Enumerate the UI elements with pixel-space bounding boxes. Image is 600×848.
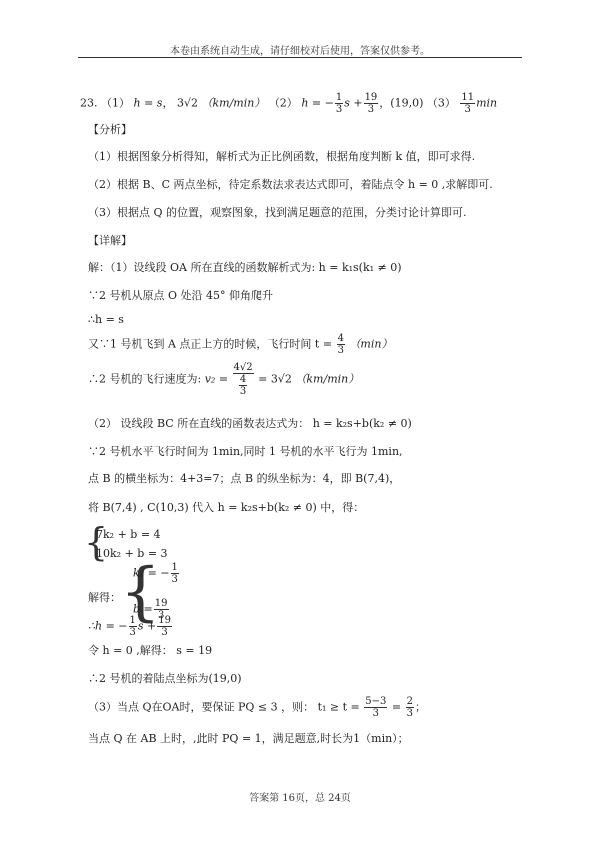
- detail-line-1: 解：（1）设线段 OA 所在直线的函数解析式为: h = k₁s(k₁ ≠ 0): [88, 262, 402, 273]
- solve-label: 解得：: [88, 592, 121, 603]
- solution-k2: k₂ = −13: [133, 562, 180, 585]
- detail-line-5: ∴2 号机的飞行速度为: v₂ = 4√243 = 3√2 （km/min）: [88, 362, 359, 397]
- detail-line-9: 将 B(7,4) , C(10,3) 代入 h = k₂s+b(k₂ ≠ 0) …: [88, 502, 364, 513]
- header-divider: [78, 57, 522, 58]
- detail-line-6: （2） 设线段 BC 所在直线的函数表达式为： h = k₂s+b(k₂ ≠ 0…: [88, 418, 412, 429]
- page-footer: 答案第 16页，总 24页: [0, 789, 600, 804]
- page-header-notice: 本卷由系统自动生成，请仔细校对后使用，答案仅供参考。: [0, 42, 600, 57]
- detail-line-7: ∵2 号机水平飞行时间为 1min,同时 1 号机的水平飞行为 1min,: [88, 446, 403, 457]
- detail-line-8: 点 B 的横坐标为：4+3=7；点 B 的纵坐标为：4，即 B(7,4)，: [88, 473, 400, 484]
- detail-line-13: （3）当点 Q在OA时，要保证 PQ ≤ 3 ，则： t₁ ≥ t = 5−33…: [88, 696, 426, 719]
- analysis-item-1: （1）根据图象分析得知，解析式为正比例函数，根据角度判断 k 值，即可求得.: [88, 151, 475, 162]
- question-number: 23.: [80, 97, 98, 110]
- answer-summary: 23. （1） h = s， 3√2 （km/min） （2） h = −13s…: [80, 92, 497, 115]
- detail-line-2: ∵2 号机从原点 O 处沿 45° 仰角爬升: [88, 290, 273, 301]
- system-eq-1: 7k₂ + b = 4: [96, 529, 161, 540]
- detail-line-14: 当点 Q 在 AB 上时，,此时 PQ = 1，满足题意,时长为1（min）；: [88, 733, 409, 744]
- detail-line-10: ∴h = −13s +193: [88, 615, 173, 638]
- detail-heading: 【详解】: [88, 235, 132, 246]
- detail-line-4: 又∵1 号机飞到 A 点正上方的时候，飞行时间 t = 43 （min）: [88, 333, 392, 356]
- analysis-item-2: （2）根据 B、C 两点坐标，待定系数法求表达式即可，着陆点令 h = 0 ,求…: [88, 179, 493, 190]
- analysis-item-3: （3）根据点 Q 的位置，观察图象，找到满足题意的范围，分类讨论计算即可.: [88, 207, 467, 218]
- analysis-heading: 【分析】: [88, 124, 132, 135]
- detail-line-12: ∴2 号机的着陆点坐标为(19,0): [88, 673, 242, 684]
- detail-line-11: 令 h = 0 ,解得： s = 19: [88, 645, 212, 656]
- detail-line-3: ∴h = s: [88, 314, 124, 325]
